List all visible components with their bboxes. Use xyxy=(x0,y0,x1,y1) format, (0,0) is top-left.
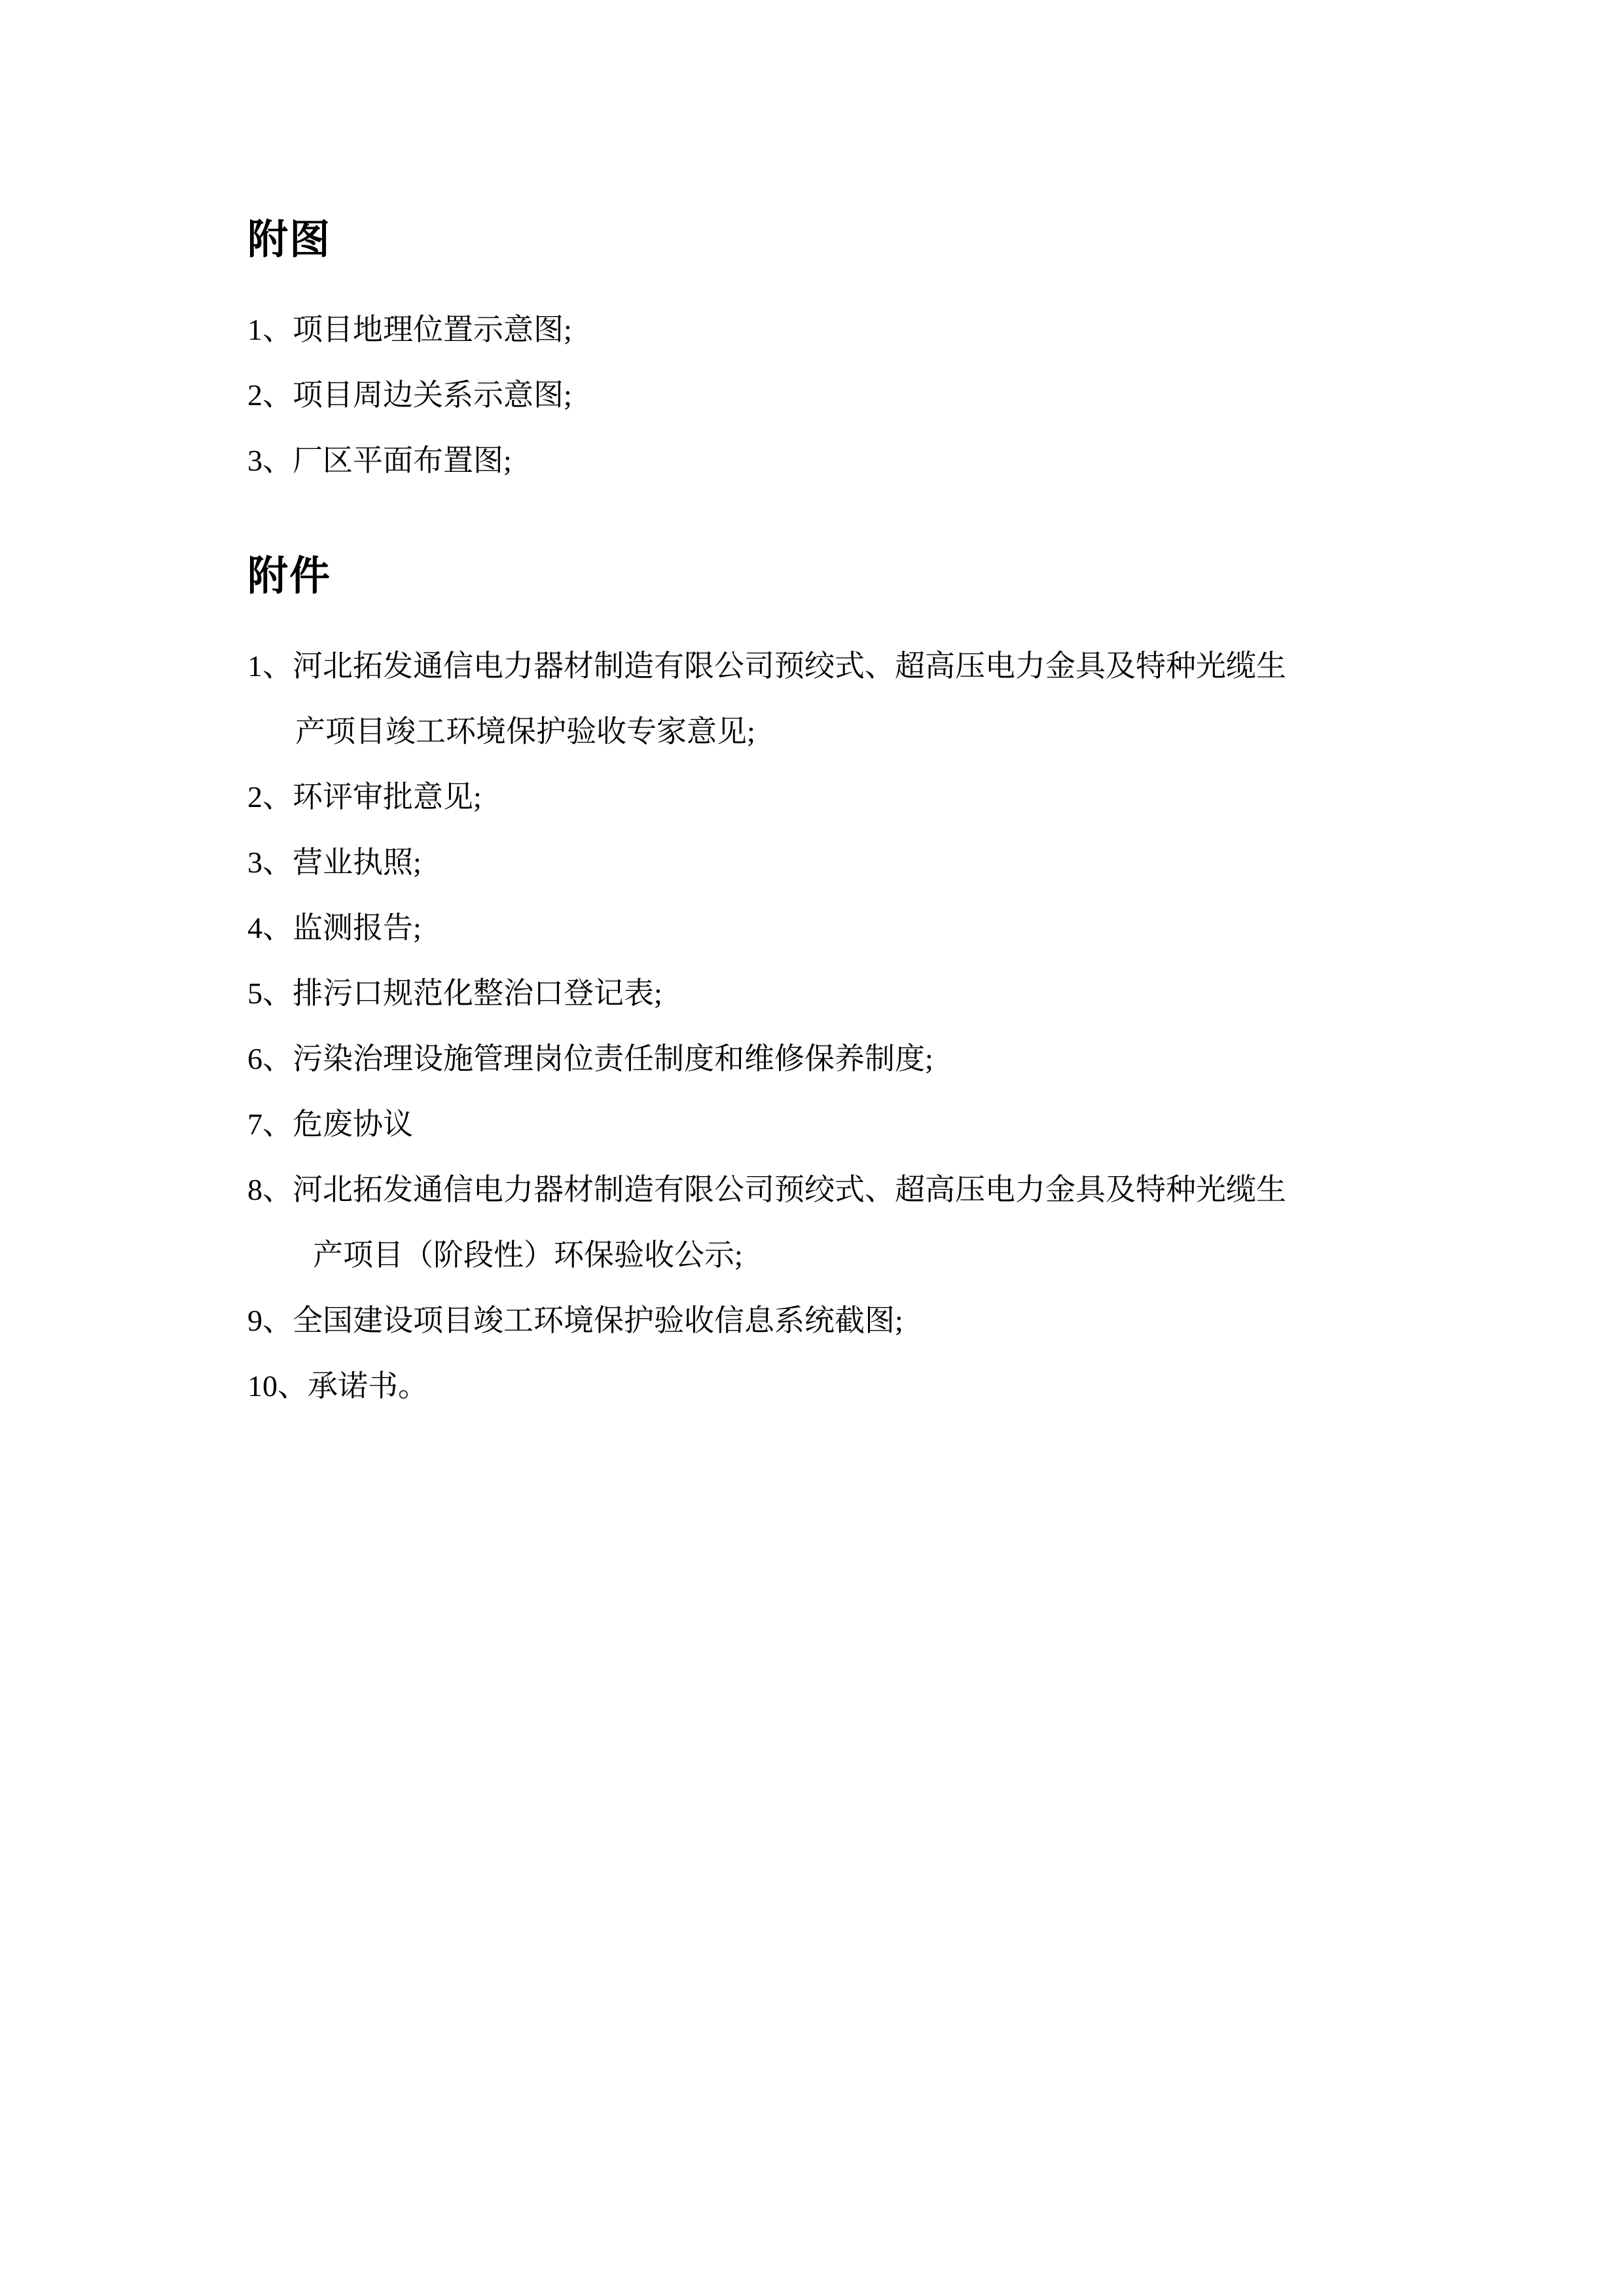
item-number: 10、 xyxy=(247,1369,308,1403)
item-number: 8、 xyxy=(247,1173,293,1206)
item-number: 3、 xyxy=(247,444,293,477)
item-number: 7、 xyxy=(247,1107,293,1141)
item-text: 项目地理位置示意图; xyxy=(293,313,572,346)
item-line: 8、河北拓发通信电力器材制造有限公司预绞式、超高压电力金具及特种光缆生 xyxy=(247,1157,1308,1223)
item-line-continued: 产项目竣工环境保护验收专家意见; xyxy=(295,699,1308,764)
list-item: 3、营业执照; xyxy=(247,830,1308,895)
item-text: 危废协议 xyxy=(293,1107,413,1141)
item-text: 厂区平面布置图; xyxy=(293,444,512,477)
item-line: 2、环评审批意见; xyxy=(247,764,1308,830)
list-item: 10、承诺书。 xyxy=(247,1354,1308,1419)
item-line: 2、项目周边关系示意图; xyxy=(247,363,1308,428)
item-number: 6、 xyxy=(247,1042,293,1075)
item-line: 3、营业执照; xyxy=(247,830,1308,895)
item-line: 4、监测报告; xyxy=(247,895,1308,961)
item-line: 6、污染治理设施管理岗位责任制度和维修保养制度; xyxy=(247,1026,1308,1092)
list-item: 6、污染治理设施管理岗位责任制度和维修保养制度; xyxy=(247,1026,1308,1092)
item-number: 2、 xyxy=(247,378,293,412)
list-item: 4、监测报告; xyxy=(247,895,1308,961)
item-text: 承诺书。 xyxy=(308,1369,428,1403)
item-text: 全国建设项目竣工环境保护验收信息系统截图; xyxy=(293,1304,903,1337)
item-line: 1、项目地理位置示意图; xyxy=(247,297,1308,363)
list-item: 3、厂区平面布置图; xyxy=(247,428,1308,493)
list-item: 9、全国建设项目竣工环境保护验收信息系统截图; xyxy=(247,1288,1308,1354)
item-line: 1、河北拓发通信电力器材制造有限公司预绞式、超高压电力金具及特种光缆生 xyxy=(247,634,1308,699)
document-content: 附图 1、项目地理位置示意图; 2、项目周边关系示意图; 3、厂区平面布置图; … xyxy=(247,217,1308,1419)
item-number: 1、 xyxy=(247,313,293,346)
item-line-continued: 产项目（阶段性）环保验收公示; xyxy=(313,1223,1308,1288)
list-item: 1、项目地理位置示意图; xyxy=(247,297,1308,363)
item-number: 4、 xyxy=(247,911,293,944)
list-item: 5、排污口规范化整治口登记表; xyxy=(247,961,1308,1026)
item-line: 3、厂区平面布置图; xyxy=(247,428,1308,493)
item-line: 5、排污口规范化整治口登记表; xyxy=(247,961,1308,1026)
list-item: 2、项目周边关系示意图; xyxy=(247,363,1308,428)
item-line: 7、危废协议 xyxy=(247,1092,1308,1157)
item-text: 项目周边关系示意图; xyxy=(293,378,572,412)
item-text: 营业执照; xyxy=(293,846,422,879)
item-number: 9、 xyxy=(247,1304,293,1337)
item-number: 3、 xyxy=(247,846,293,879)
item-text: 排污口规范化整治口登记表; xyxy=(293,977,662,1010)
item-text: 污染治理设施管理岗位责任制度和维修保养制度; xyxy=(293,1042,933,1075)
list-item: 8、河北拓发通信电力器材制造有限公司预绞式、超高压电力金具及特种光缆生 产项目（… xyxy=(247,1157,1308,1288)
list-item: 1、河北拓发通信电力器材制造有限公司预绞式、超高压电力金具及特种光缆生 产项目竣… xyxy=(247,634,1308,764)
attachments-section-heading: 附件 xyxy=(247,554,1308,600)
figures-section-heading: 附图 xyxy=(247,217,1308,263)
item-number: 1、 xyxy=(247,649,293,683)
item-line: 9、全国建设项目竣工环境保护验收信息系统截图; xyxy=(247,1288,1308,1354)
item-text: 河北拓发通信电力器材制造有限公司预绞式、超高压电力金具及特种光缆生 xyxy=(293,649,1286,683)
item-text: 环评审批意见; xyxy=(293,780,482,814)
item-text: 产项目竣工环境保护验收专家意见; xyxy=(295,715,755,748)
item-line: 10、承诺书。 xyxy=(247,1354,1308,1419)
list-item: 2、环评审批意见; xyxy=(247,764,1308,830)
item-text: 产项目（阶段性）环保验收公示; xyxy=(313,1238,743,1272)
document-page: 附图 1、项目地理位置示意图; 2、项目周边关系示意图; 3、厂区平面布置图; … xyxy=(0,0,1624,2296)
item-text: 河北拓发通信电力器材制造有限公司预绞式、超高压电力金具及特种光缆生 xyxy=(293,1173,1286,1206)
item-number: 2、 xyxy=(247,780,293,814)
item-number: 5、 xyxy=(247,977,293,1010)
list-item: 7、危废协议 xyxy=(247,1092,1308,1157)
item-text: 监测报告; xyxy=(293,911,422,944)
